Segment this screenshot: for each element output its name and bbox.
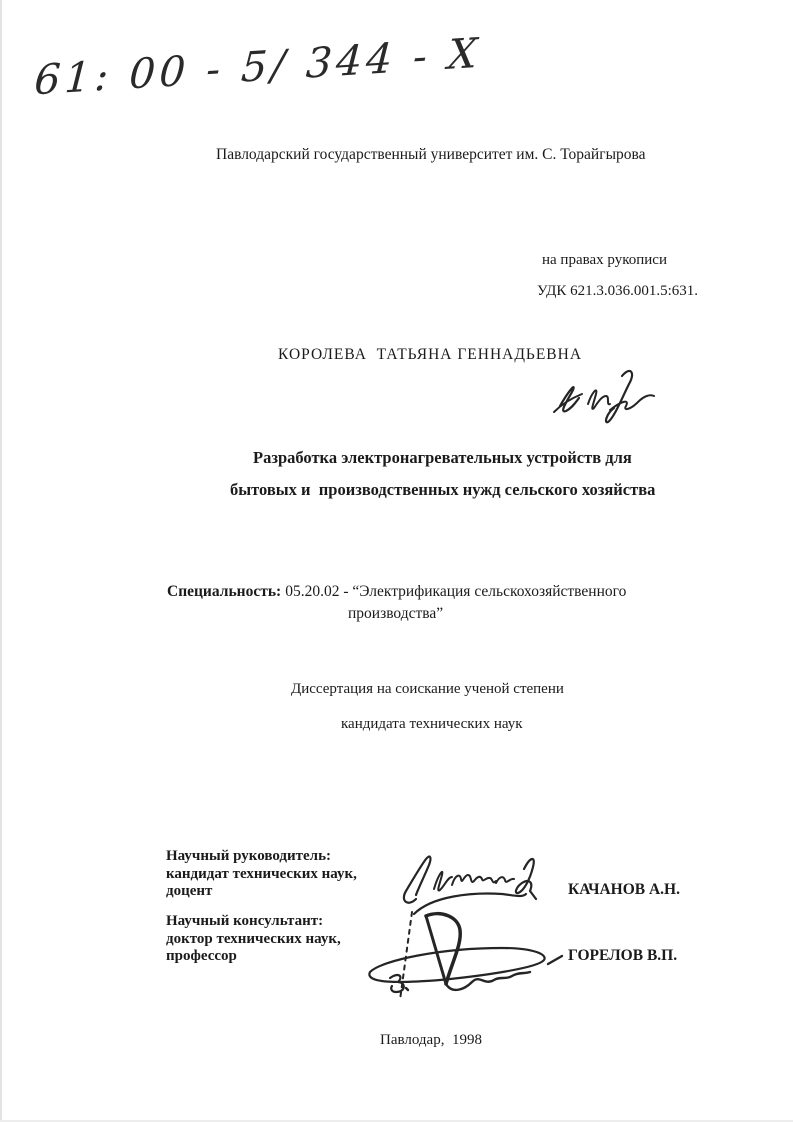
consultant-role: Научный консультант: <box>166 913 341 931</box>
consultant-rank: профессор <box>166 948 341 966</box>
dissertation-title-page: 61: 00 - 5/ 344 - X Павлодарский государ… <box>0 0 793 1122</box>
scan-edge-left <box>0 0 2 1122</box>
author-name: КОРОЛЕВА ТАТЬЯНА ГЕННАДЬЕВНА <box>278 346 582 364</box>
supervisor-name: КАЧАНОВ А.Н. <box>568 881 680 899</box>
degree-statement-line2: кандидата технических наук <box>341 716 523 733</box>
udk-classification-number: УДК 621.3.036.001.5:631. <box>537 283 698 300</box>
consultant-signature <box>352 892 564 1014</box>
city-year: Павлодар, 1998 <box>380 1032 482 1049</box>
handwritten-inventory-number: 61: 00 - 5/ 344 - X <box>33 29 483 105</box>
supervisor-rank: доцент <box>166 883 357 901</box>
supervisor-role: Научный руководитель: <box>166 848 357 866</box>
consultant-name: ГОРЕЛОВ В.П. <box>568 947 677 965</box>
consultant-degree: доктор технических наук, <box>166 931 341 949</box>
university-name: Павлодарский государственный университет… <box>216 146 645 164</box>
specialty-line1: Специальность:05.20.02 - “Электрификация… <box>167 583 626 601</box>
manuscript-rights-note: на правах рукописи <box>542 252 667 269</box>
specialty-text: 05.20.02 - “Электрификация сельскохозяйс… <box>285 583 626 600</box>
author-signature <box>546 366 658 424</box>
specialty-line2: производства” <box>348 605 443 623</box>
dissertation-title-line2: бытовых и производственных нужд сельског… <box>230 480 655 500</box>
dissertation-title-line1: Разработка электронагревательных устройс… <box>253 448 632 468</box>
consultant-block: Научный консультант: доктор технических … <box>166 913 341 966</box>
degree-statement-line1: Диссертация на соискание ученой степени <box>291 681 564 698</box>
specialty-label: Специальность: <box>167 583 281 600</box>
supervisor-block: Научный руководитель: кандидат техническ… <box>166 848 357 901</box>
supervisor-degree: кандидат технических наук, <box>166 866 357 884</box>
